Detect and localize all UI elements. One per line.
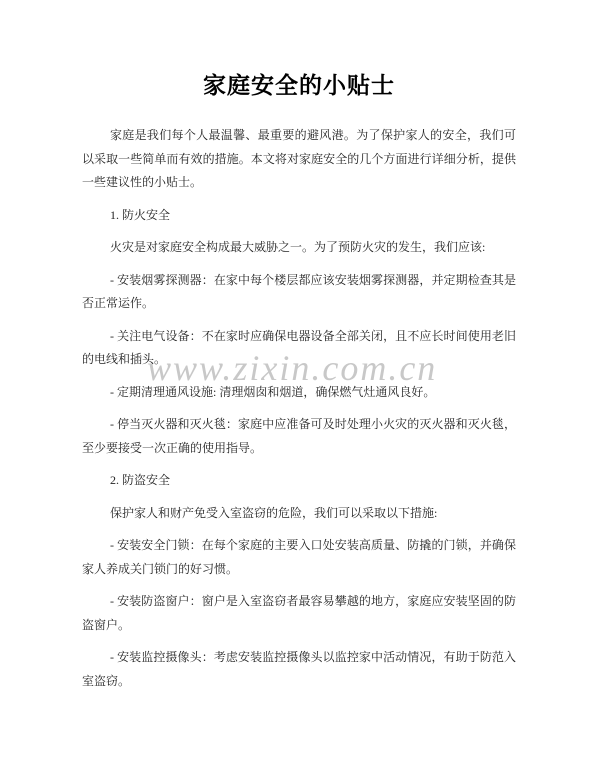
fire-tip-ventilation: - 定期清理通风设施: 清理烟囱和烟道，确保燃气灶通风良好。: [82, 381, 516, 405]
document-body: 家庭是我们每个人最温馨、最重要的避风港。为了保护家人的安全，我们可以采取一些简单…: [82, 124, 516, 693]
section-heading-fire: 1. 防火安全: [82, 204, 516, 228]
fire-intro-paragraph: 火灾是对家庭安全构成最大威胁之一。为了预防火灾的发生，我们应该:: [82, 236, 516, 260]
fire-tip-extinguisher: - 停当灭火器和灭火毯：家庭中应准备可及时处理小火灾的灭火器和灭火毯，至少要接受…: [82, 413, 516, 460]
burglary-tip-window: - 安装防盗窗户：窗户是入室盗窃者最容易攀越的地方，家庭应安装坚固的防盗窗户。: [82, 590, 516, 637]
document-title: 家庭安全的小贴士: [82, 70, 516, 100]
fire-tip-smoke-detector: - 安装烟雾探测器：在家中每个楼层都应该安装烟雾探测器，并定期检查其是否正常运作…: [82, 269, 516, 316]
document-page: www.zixin.com.cn 家庭安全的小贴士 家庭是我们每个人最温馨、最重…: [0, 0, 600, 776]
intro-paragraph: 家庭是我们每个人最温馨、最重要的避风港。为了保护家人的安全，我们可以采取一些简单…: [82, 124, 516, 195]
burglary-tip-door-lock: - 安装安全门锁：在每个家庭的主要入口处安装高质量、防撬的门锁，并确保家人养成关…: [82, 534, 516, 581]
burglary-tip-camera: - 安装监控摄像头：考虑安装监控摄像头以监控家中活动情况，有助于防范入室盗窃。: [82, 646, 516, 693]
fire-tip-electrical: - 关注电气设备：不在家时应确保电器设备全部关闭，且不应长时间使用老旧的电线和插…: [82, 325, 516, 372]
section-heading-burglary: 2. 防盗安全: [82, 469, 516, 493]
burglary-intro-paragraph: 保护家人和财产免受入室盗窃的危险，我们可以采取以下措施:: [82, 502, 516, 526]
